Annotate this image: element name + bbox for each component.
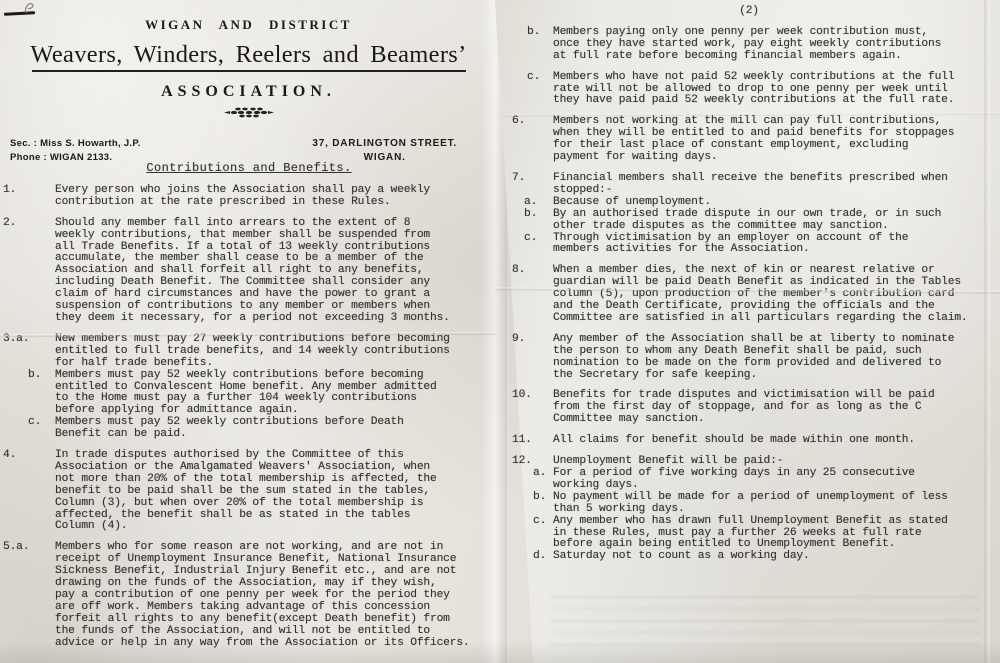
rule-item-11: 11. All claims for benefit should be mad… [508, 435, 990, 447]
rule-text: New members must pay 27 weekly contribut… [55, 334, 495, 370]
rule-number: c. [508, 72, 553, 84]
rule-number: d. [508, 551, 553, 563]
rule-text: In trade disputes authorised by the Comm… [55, 450, 495, 533]
rule-text: When a member dies, the next of kin or n… [553, 265, 990, 325]
rule-text: Financial members shall receive the bene… [553, 173, 990, 197]
association-name: Weavers, Winders, Reelers and Beamers’ [0, 41, 497, 69]
rule-item-12c: c. Any member who has drawn full Unemplo… [508, 516, 990, 552]
rule-number: a. [508, 468, 553, 480]
page-1-sheet: WIGAN AND DISTRICT Weavers, Winders, Ree… [0, 0, 535, 663]
association-word: ASSOCIATION. [0, 83, 497, 101]
rule-item-7: 7. Financial members shall receive the b… [508, 173, 990, 197]
page-2-body: (2) b. Members paying only one penny per… [508, 6, 990, 563]
rule-number: 10. [508, 390, 553, 402]
rule-item-4: 4. In trade disputes authorised by the C… [3, 450, 495, 533]
rule-number: 9. [508, 334, 553, 346]
letterhead-rule [32, 70, 466, 72]
rule-item-5c: c. Members who have not paid 52 weekly c… [508, 72, 990, 108]
rule-number: b. [3, 370, 55, 382]
rule-item-5b: b. Members paying only one penny per wee… [508, 27, 990, 63]
rule-text: Through victimisation by an employer on … [553, 233, 990, 257]
document-title: Contributions and Benefits. [3, 163, 495, 175]
rule-item-7a: a. Because of unemployment. [508, 197, 990, 209]
rule-text: No payment will be made for a period of … [553, 492, 990, 516]
rule-number: b. [508, 27, 553, 39]
rule-number: c. [3, 417, 55, 429]
rule-text: Members paying only one penny per week c… [553, 27, 990, 63]
rule-text: By an authorised trade dispute in our ow… [553, 209, 990, 233]
secretary-line: Sec. : Miss S. Howarth, J.P. [10, 137, 141, 151]
rule-item-1: 1. Every person who joins the Associatio… [3, 185, 495, 209]
rule-number: 1. [3, 185, 55, 197]
rule-item-3c: c. Members must pay 52 weekly contributi… [3, 417, 495, 441]
rule-number: 3.a. [3, 334, 55, 346]
rule-item-6: 6. Members not working at the mill can p… [508, 116, 990, 164]
rule-number: b. [508, 492, 553, 504]
show-through-ghost-text [550, 595, 980, 655]
rule-item-12b: b. No payment will be made for a period … [508, 492, 990, 516]
rule-number: 8. [508, 265, 553, 277]
rule-text: Any member who has drawn full Unemployme… [553, 516, 990, 552]
rule-number: b. [508, 209, 553, 221]
scanned-document: WIGAN AND DISTRICT Weavers, Winders, Ree… [0, 0, 1000, 663]
rule-item-3a: 3.a. New members must pay 27 weekly cont… [3, 334, 495, 370]
rule-item-7b: b. By an authorised trade dispute in our… [508, 209, 990, 233]
rule-item-2: 2. Should any member fall into arrears t… [3, 218, 495, 325]
page-number: (2) [508, 6, 990, 18]
rule-text: Should any member fall into arrears to t… [55, 218, 495, 325]
rule-text: Members who for some reason are not work… [55, 542, 495, 649]
rule-number: 12. [508, 456, 553, 468]
rule-number: a. [508, 197, 553, 209]
rule-text: For a period of five working days in any… [553, 468, 990, 492]
rule-text: Members must pay 52 weekly contributions… [55, 370, 495, 418]
rule-text: All claims for benefit should be made wi… [553, 435, 990, 447]
letterhead-region: WIGAN AND DISTRICT [0, 17, 497, 33]
rule-number: 11. [508, 435, 553, 447]
rule-item-5a: 5.a. Members who for some reason are not… [3, 542, 495, 649]
rule-number: 4. [3, 450, 55, 462]
rule-text: Because of unemployment. [553, 197, 990, 209]
rule-text: Every person who joins the Association s… [55, 185, 495, 209]
rule-text: Members not working at the mill can pay … [553, 116, 990, 164]
rule-number: 5.a. [3, 542, 55, 554]
rule-item-12a: a. For a period of five working days in … [508, 468, 990, 492]
letterhead: WIGAN AND DISTRICT Weavers, Winders, Ree… [0, 17, 497, 165]
rule-number: 2. [3, 218, 55, 230]
address-street: 37, DARLINGTON STREET. [312, 137, 457, 151]
diamond-ornament-icon [0, 106, 497, 124]
page-1-body: Contributions and Benefits. 1. Every per… [3, 163, 495, 650]
rule-text: Benefits for trade disputes and victimis… [553, 390, 990, 426]
rule-text: Any member of the Association shall be a… [553, 334, 990, 382]
rule-text: Members must pay 52 weekly contributions… [55, 417, 495, 441]
rule-item-12d: d. Saturday not to count as a working da… [508, 551, 990, 563]
rule-item-3b: b. Members must pay 52 weekly contributi… [3, 370, 495, 418]
rule-number: c. [508, 516, 553, 528]
rule-item-7c: c. Through victimisation by an employer … [508, 233, 990, 257]
rule-text: Saturday not to count as a working day. [553, 551, 990, 563]
rule-number: 6. [508, 116, 553, 128]
pencil-mark [20, 1, 42, 16]
secretary-block: Sec. : Miss S. Howarth, J.P. Phone : WIG… [10, 137, 141, 165]
rule-item-9: 9. Any member of the Association shall b… [508, 334, 990, 382]
rule-number: c. [508, 233, 553, 245]
rule-text: Members who have not paid 52 weekly cont… [553, 72, 990, 108]
rule-number: 7. [508, 173, 553, 185]
rule-item-10: 10. Benefits for trade disputes and vict… [508, 390, 990, 426]
rule-item-8: 8. When a member dies, the next of kin o… [508, 265, 990, 325]
